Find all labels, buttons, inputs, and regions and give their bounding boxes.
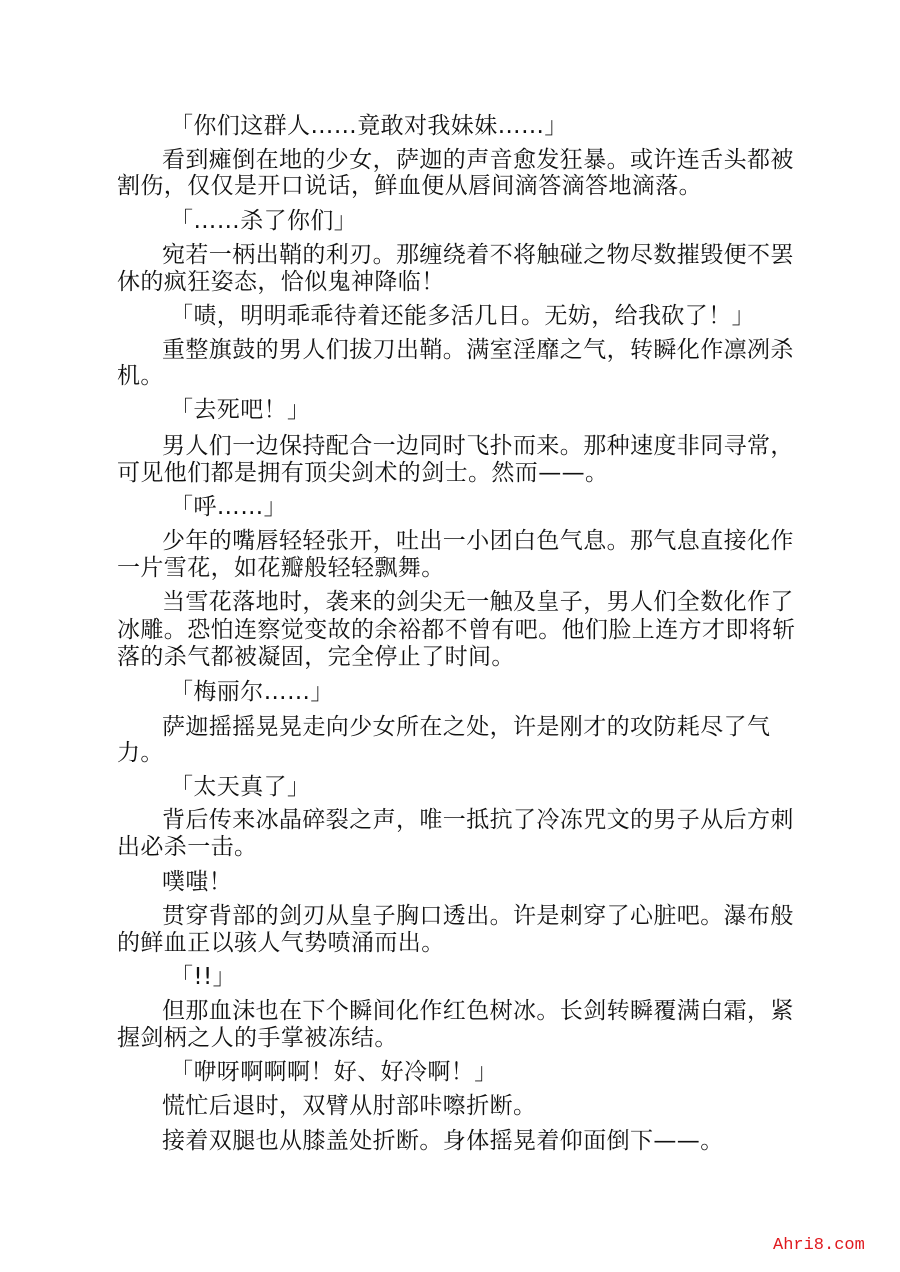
text-line: 当雪花落地时，袭来的剑尖无一触及皇子，男人们全数化作了 <box>162 588 794 616</box>
text-line: 萨迦摇摇晃晃走向少女所在之处，许是刚才的攻防耗尽了气 <box>162 713 770 741</box>
text-line: 休的疯狂姿态，恰似鬼神降临！ <box>117 268 445 296</box>
text-line: 但那血沫也在下个瞬间化作红色树冰。长剑转瞬覆满白霜，紧 <box>162 997 794 1025</box>
text-line: 「梅丽尔……」 <box>170 678 334 706</box>
watermark: Ahri8.com <box>773 1236 865 1255</box>
text-line: 机。 <box>117 362 164 390</box>
text-line: 「!!」 <box>170 963 236 991</box>
text-line: 慌忙后退时，双臂从肘部咔嚓折断。 <box>162 1092 536 1120</box>
text-line: 重整旗鼓的男人们拔刀出鞘。满室淫靡之气，转瞬化作凛冽杀 <box>162 336 794 364</box>
text-line: 少年的嘴唇轻轻张开，吐出一小团白色气息。那气息直接化作 <box>162 527 794 555</box>
text-line: 宛若一柄出鞘的利刃。那缠绕着不将触碰之物尽数摧毁便不罢 <box>162 241 794 269</box>
text-line: 一片雪花，如花瓣般轻轻飘舞。 <box>117 554 445 582</box>
text-line: 力。 <box>117 739 164 767</box>
text-line: 「你们这群人……竟敢对我妹妹……」 <box>170 112 568 140</box>
text-line: 接着双腿也从膝盖处折断。身体摇晃着仰面倒下——。 <box>162 1127 724 1155</box>
text-line: 可见他们都是拥有顶尖剑术的剑士。然而——。 <box>117 459 608 487</box>
text-line: 「太天真了」 <box>170 773 310 801</box>
text-line: 「呼……」 <box>170 493 287 521</box>
text-line: 出必杀一击。 <box>117 833 257 861</box>
text-line: 握剑柄之人的手掌被冻结。 <box>117 1024 398 1052</box>
text-line: 噗嗤！ <box>162 868 232 896</box>
text-line: 割伤，仅仅是开口说话，鲜血便从唇间滴答滴答地滴落。 <box>117 172 702 200</box>
text-line: 贯穿背部的剑刃从皇子胸口透出。许是刺穿了心脏吧。瀑布般 <box>162 902 794 930</box>
document-page: 「你们这群人……竟敢对我妹妹……」看到瘫倒在地的少女，萨迦的声音愈发狂暴。或许连… <box>0 0 900 1272</box>
text-line: 的鲜血正以骇人气势喷涌而出。 <box>117 929 445 957</box>
text-line: 男人们一边保持配合一边同时飞扑而来。那种速度非同寻常， <box>162 432 794 460</box>
text-line: 「啧，明明乖乖待着还能多活几日。无妨，给我砍了！」 <box>170 302 755 330</box>
text-line: 「去死吧！」 <box>170 396 310 424</box>
text-line: 「咿呀啊啊啊！好、好冷啊！」 <box>170 1058 498 1086</box>
text-line: 背后传来冰晶碎裂之声，唯一抵抗了冷冻咒文的男子从后方刺 <box>162 806 794 834</box>
text-line: 看到瘫倒在地的少女，萨迦的声音愈发狂暴。或许连舌头都被 <box>162 146 794 174</box>
text-line: 冰雕。恐怕连察觉变故的余裕都不曾有吧。他们脸上连方才即将斩 <box>117 616 796 644</box>
text-line: 「……杀了你们」 <box>170 207 357 235</box>
text-line: 落的杀气都被凝固，完全停止了时间。 <box>117 643 515 671</box>
